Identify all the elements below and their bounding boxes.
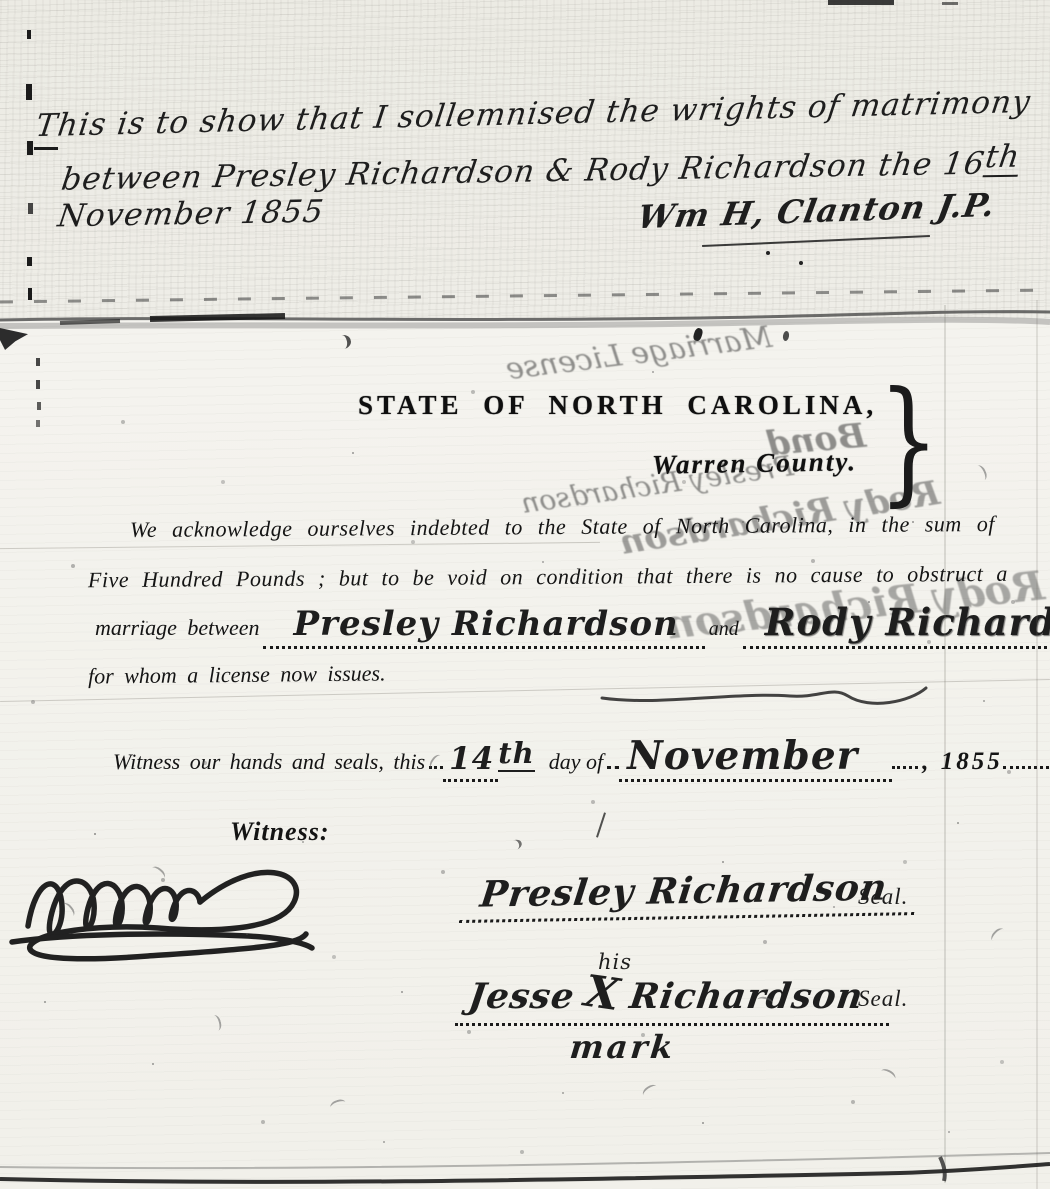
document-scan: This is to show that I sollemnised the w… <box>0 0 1050 1189</box>
paper-specks <box>0 0 2 2</box>
surety-mark-word: mark <box>568 1028 678 1066</box>
and-label: and <box>709 618 739 640</box>
return-line-2-ordinal: th <box>983 139 1023 178</box>
marriage-between-label: marriage between <box>95 615 259 640</box>
surety-mark-x: X <box>581 966 623 1021</box>
surety-signature: Jesse X Richardson <box>455 968 889 1026</box>
groom-name: Presley Richardson <box>263 604 704 649</box>
month-name: November <box>619 733 892 782</box>
state-heading: STATE OF NORTH CAROLINA, <box>358 390 877 421</box>
binding-mark <box>36 380 40 389</box>
leader-dots <box>607 749 619 769</box>
bride-underswash <box>600 682 930 710</box>
bond-body-line-3: marriage between Presley Richardson and … <box>95 600 1050 644</box>
leader-dots <box>892 749 918 769</box>
edge-mark <box>828 0 894 5</box>
edge-mark <box>942 2 958 5</box>
paper-edge-line <box>1036 300 1038 1189</box>
day-of-label: day of <box>549 749 603 774</box>
binding-mark <box>27 141 33 155</box>
surety-seal-label: Seal. <box>858 986 908 1012</box>
binding-mark <box>26 84 32 100</box>
binding-mark <box>27 257 32 266</box>
county-heading: Warren County. <box>652 446 858 481</box>
leader-dots <box>1003 749 1050 769</box>
header-brace: } <box>878 375 939 509</box>
binding-mark <box>34 147 58 150</box>
binding-mark <box>28 203 33 214</box>
bride-name: Rody Richardson <box>743 600 1050 649</box>
ink-dot <box>799 261 803 265</box>
witness-label: Witness: <box>230 817 330 847</box>
bond-body-line-4: for whom a license now issues. <box>88 660 386 689</box>
bottom-paper-edge <box>0 1147 1050 1189</box>
surety-surname: Richardson <box>627 976 866 1017</box>
paper-tear-edge <box>0 290 1050 338</box>
principal-seal-label: Seal. <box>858 884 908 910</box>
binding-mark <box>27 30 31 39</box>
fold-line <box>944 305 946 1183</box>
binding-mark <box>36 358 40 366</box>
attest-prefix: Witness our hands and seals, this <box>113 749 425 774</box>
principal-signature: Presley Richardson <box>459 866 920 923</box>
surety-given-name: Jesse <box>466 976 577 1017</box>
attestation-line: Witness our hands and seals, this 14th d… <box>113 733 1050 779</box>
binding-mark <box>36 420 40 427</box>
day-ordinal: th <box>498 736 534 772</box>
ink-dot <box>766 251 770 255</box>
witness-signature <box>8 846 318 956</box>
binding-mark <box>37 402 41 410</box>
return-line-3: November 1855 <box>55 194 326 235</box>
day-number: 14 <box>443 741 498 782</box>
year-value: , 1855 <box>922 748 1003 775</box>
